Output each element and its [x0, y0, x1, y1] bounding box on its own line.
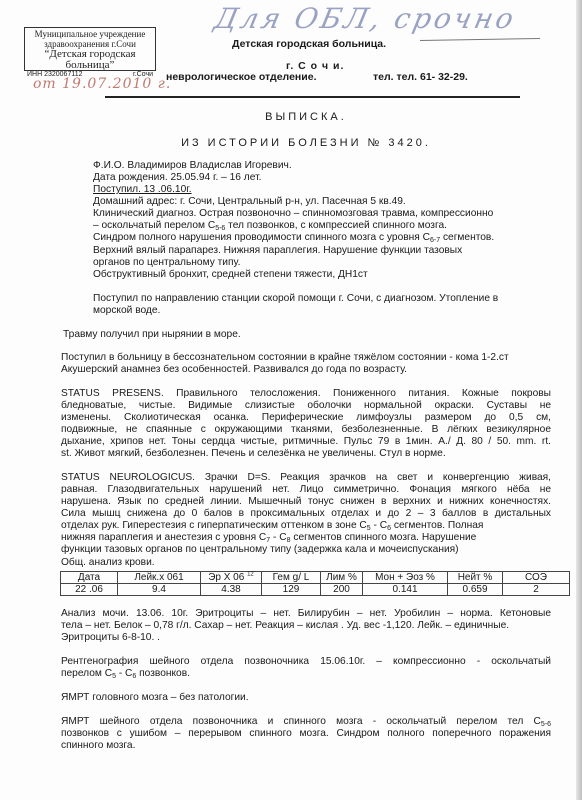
admission-line: Поступил в больницу в бессознательном со… [61, 352, 509, 364]
table-header: Нейт % [448, 572, 503, 584]
patient-address: Домашний адрес: г. Сочи, Центральный р-н… [93, 196, 406, 208]
mri-spine-line: позвонков с ушибом – перерывом спинного … [61, 728, 551, 740]
status-presens-line: STATUS PRESENS. Правильного телосложения… [61, 388, 551, 400]
diagnosis-line: Верхний вялый парапарез. Нижняя параплег… [93, 245, 462, 257]
diagnosis-line: Клинический диагноз. Острая позвоночно –… [93, 208, 493, 220]
department-phone: тел. тел. 61- 32-29. [373, 71, 468, 83]
table-header: Лейк.х 061 [118, 572, 201, 584]
handwritten-date: от 19.07.2010 г. [33, 76, 171, 92]
diagnosis-line: Синдром полного нарушения проводимости с… [93, 232, 494, 244]
table-header: Дата [61, 572, 118, 584]
status-neuro-line: функции тазовых органов по центральному … [61, 544, 459, 556]
hospital-name: Детская городская больница. [232, 38, 386, 50]
table-cell: 200 [321, 584, 363, 596]
table-cell: 0.141 [363, 584, 448, 596]
status-neuro-line: равная. Глазодвигательных нарушений нет.… [61, 484, 551, 496]
xray-line: перелом С5 - С6 позвонков. [61, 668, 190, 680]
admission-line: Акушерский анамнез без особенностей. Раз… [61, 364, 407, 376]
header-rule [105, 96, 520, 98]
status-presens-line: бледноватые, чистые. Видимые слизистые о… [61, 400, 551, 412]
injury-note: Травму получил при нырянии в море. [63, 329, 241, 341]
table-header: СОЭ [503, 572, 570, 584]
table-cell: 2 [503, 584, 570, 596]
diagnosis-line: Обструктивный бронхит, средней степени т… [93, 269, 368, 281]
status-presens-line: изменены. Сколиотическая осанка. Перифер… [61, 412, 551, 424]
patient-birth: Дата рождения. 25.05.94 г. – 16 лет. [93, 172, 261, 184]
status-neuro-line: STATUS NEUROLOGICUS. Зрачки D=S. Реакция… [61, 472, 551, 484]
table-header: Лим % [321, 572, 363, 584]
urine-test-line: Анализ мочи. 13.06. 10г. Эритроциты – не… [61, 608, 551, 620]
status-neuro-line: отделах рук. Гиперестезия с гиперпатичес… [61, 520, 483, 532]
diagnosis-line: – оскольчатый перелом С5-6 тел позвонков… [93, 220, 447, 232]
document-title: ВЫПИСКА. [0, 111, 582, 123]
table-row: 22 .06 9.4 4.38 129 200 0.141 0.659 2 [61, 584, 570, 596]
table-header: Мон + Эоз % [363, 572, 448, 584]
status-presens-line: подвижные, не спаянные с окружающими тка… [61, 424, 551, 436]
referral-line: морской воде. [93, 305, 160, 317]
urine-test-line: Эритроциты 6-8-10. . [61, 632, 160, 644]
table-header-row: Дата Лейк.х 061 Эр X 06 12 Гем g/ L Лим … [61, 572, 570, 584]
patient-admitted: Поступил. 13 .06.10г. [93, 184, 192, 196]
table-cell: 0.659 [448, 584, 503, 596]
table-cell: 4.38 [201, 584, 262, 596]
institution-stamp: Муниципальное учреждение здравоохранения… [24, 27, 156, 71]
handwritten-underline [420, 38, 540, 41]
blood-test-table: Дата Лейк.х 061 Эр X 06 12 Гем g/ L Лим … [60, 571, 570, 596]
table-header: Гем g/ L [262, 572, 321, 584]
stamp-line-1: Муниципальное учреждение [27, 29, 153, 39]
stamp-line-3: “Детская городская больница” [27, 49, 153, 71]
status-presens-line: st. Живот мягкий, безболезнен. Печень и … [61, 448, 446, 460]
xray-line: Рентгенография шейного отдела позвоночни… [61, 656, 551, 668]
document-page: Для ОБЛ, срочно Муниципальное учреждение… [0, 0, 582, 800]
patient-name: Ф.И.О. Владимиров Владислав Игоревич. [93, 160, 292, 172]
table-header: Эр X 06 12 [201, 572, 262, 584]
mri-brain: ЯМРТ головного мозга – без патологии. [61, 692, 249, 704]
department-name: неврологическое отделение. [166, 71, 317, 83]
table-cell: 9.4 [118, 584, 201, 596]
table-cell: 22 .06 [61, 584, 118, 596]
table-cell: 129 [262, 584, 321, 596]
referral-line: Поступил по направлению станции скорой п… [93, 293, 498, 305]
mri-spine-line: спинного мозга. [61, 740, 135, 752]
status-neuro-line: нижняя параплегия и анестезия с уровня С… [61, 532, 476, 544]
status-neuro-line: Сила мышц снижена до 0 балов в проксимал… [61, 508, 551, 520]
status-presens-line: дыхание, хрипов нет. Тоны сердца чистые,… [61, 436, 551, 448]
document-subtitle: ИЗ ИСТОРИИ БОЛЕЗНИ № 3420. [0, 137, 582, 149]
handwritten-note: Для ОБЛ, срочно [211, 2, 519, 35]
urine-test-line: тела – нет. Белок – 0,78 г/л. Сахар – не… [61, 620, 509, 632]
diagnosis-line: органов по центральному типу. [93, 257, 240, 269]
status-neuro-line: нарушена. Язык по средней линии. Мышечны… [61, 496, 551, 508]
mri-spine-line: ЯМРТ шейного отдела позвоночника и спинн… [61, 716, 551, 728]
blood-test-caption: Общ. анализ крови. [61, 557, 155, 569]
